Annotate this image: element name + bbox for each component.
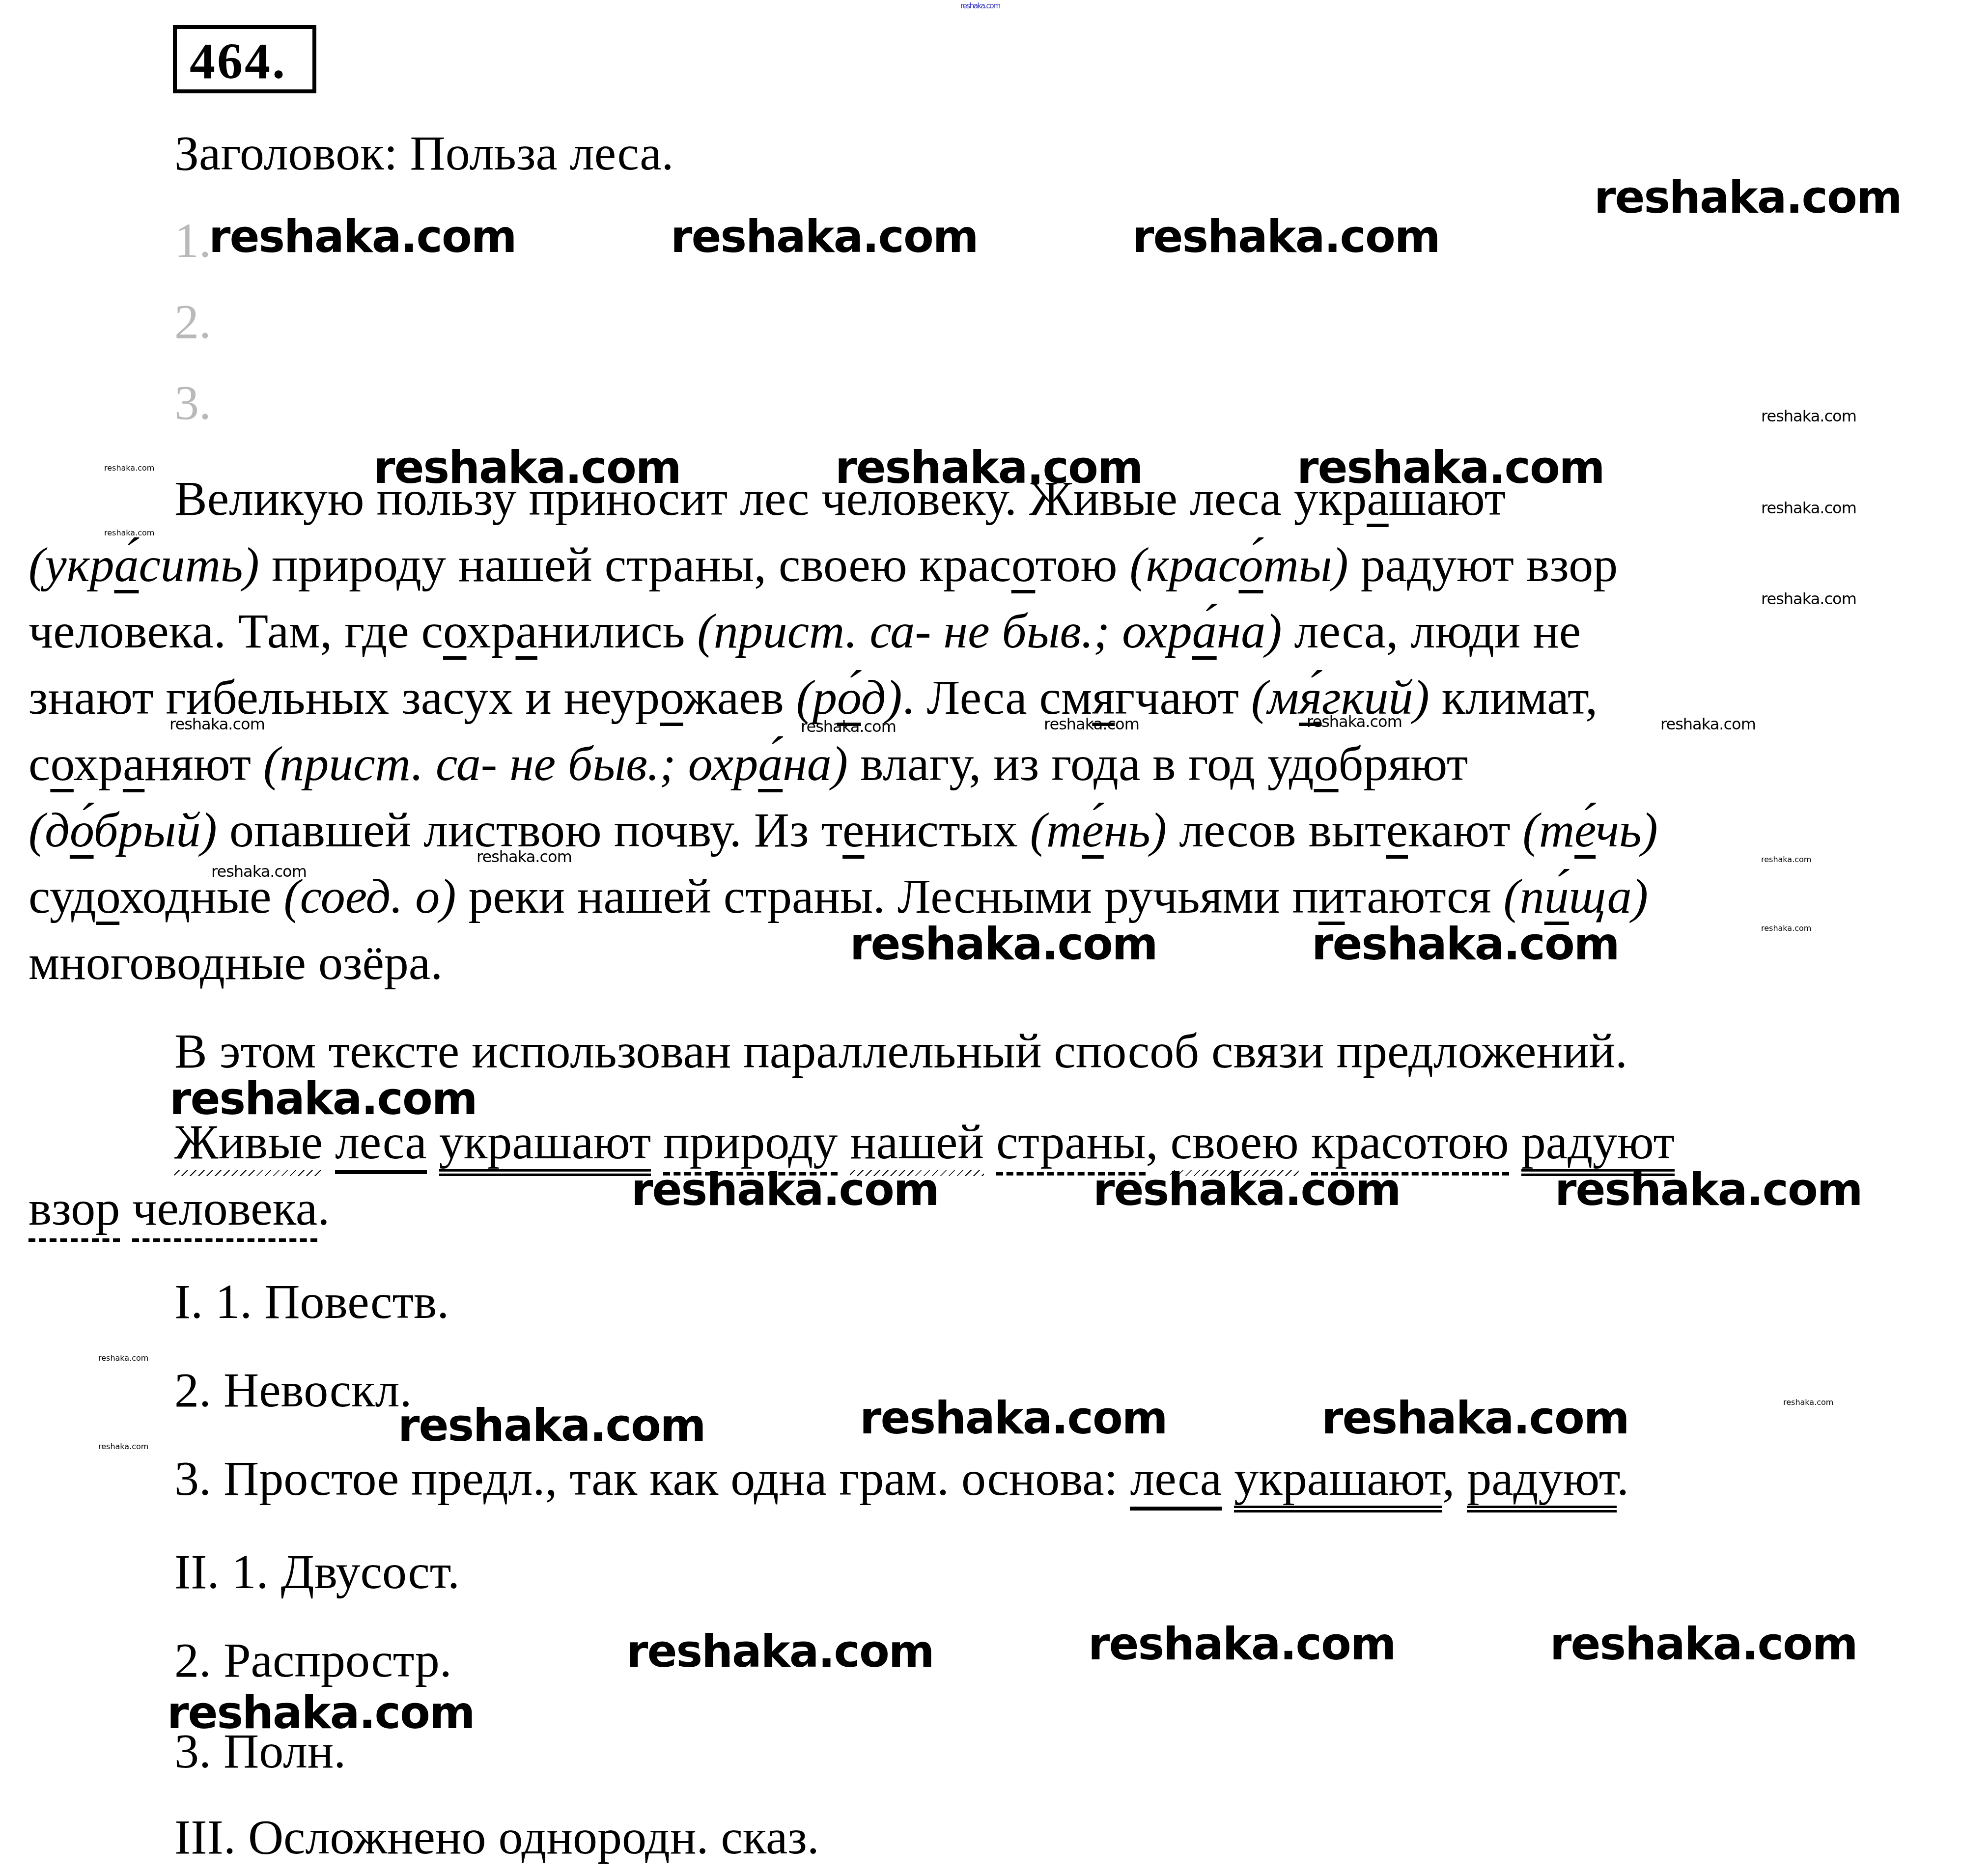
watermark: reshaka.com xyxy=(1088,1619,1396,1670)
text-segment: лесов выт xyxy=(1167,803,1386,857)
paragraph-line: (до́брый) опавшей листвою почву. Из тени… xyxy=(28,806,1658,855)
analysis-item-7: III. Осложнено однородн. сказ. xyxy=(174,1813,819,1862)
parsed-sentence-line-1: Живые леса украшают природу нашей страны… xyxy=(174,1118,1675,1167)
watermark: reshaka.com xyxy=(104,463,154,473)
text-segment: реки нашей страны. Лесными ручьями п xyxy=(456,869,1318,924)
watermark: reshaka.com xyxy=(167,1687,475,1739)
orthogram-letter: е xyxy=(842,803,864,857)
orthogram-letter: о xyxy=(660,670,683,725)
text-segment: влагу, из года в год уд xyxy=(848,736,1314,791)
watermark: reshaka.com xyxy=(1761,407,1856,425)
text-segment: природу нашей страны, своею крас xyxy=(259,537,1011,592)
watermark: reshaka.com xyxy=(104,528,154,537)
exercise-number: 464. xyxy=(190,32,287,90)
plan-number-3: 3. xyxy=(174,378,211,427)
watermark: reshaka.com xyxy=(1660,715,1756,733)
text-segment: . xyxy=(317,1181,330,1235)
verification-note: ты) xyxy=(1263,537,1348,592)
text-segment: климат, xyxy=(1429,670,1598,725)
text-segment: радуют взор xyxy=(1348,537,1618,592)
text-segment: нистых xyxy=(865,803,1030,857)
watermark: reshaka.com xyxy=(169,1073,477,1125)
verification-note: (т xyxy=(1523,803,1575,857)
watermark: reshaka.com xyxy=(1132,211,1440,263)
orthogram-letter: е́ xyxy=(1082,803,1103,857)
analysis-item-4: II. 1. Двусост. xyxy=(174,1547,460,1596)
orthogram-letter: о xyxy=(443,604,467,658)
parsed-sentence-line-2: взор человека. xyxy=(28,1184,330,1233)
analysis-item-3-prefix: 3. Простое предл., так как одна грам. ос… xyxy=(174,1451,1130,1506)
verification-note: (прист. са- не быв.; охр xyxy=(697,604,1192,658)
watermark: reshaka.com xyxy=(476,847,572,866)
watermark: reshaka.com xyxy=(1783,1398,1833,1407)
analysis-item-3: 3. Простое предл., так как одна грам. ос… xyxy=(174,1454,1629,1503)
verification-note: на) xyxy=(783,736,848,791)
orthogram-letter: е́ xyxy=(1574,803,1596,857)
analysis-item-5: 2. Распростр. xyxy=(174,1636,452,1685)
text-segment: таются xyxy=(1345,869,1503,924)
watermark: reshaka.com xyxy=(373,442,681,494)
text-segment: хр xyxy=(467,604,516,658)
orthogram-letter: о xyxy=(50,736,74,791)
watermark: reshaka.com xyxy=(671,211,978,263)
sentence-member-object: человека xyxy=(132,1181,317,1242)
watermark: reshaka.com xyxy=(860,1393,1167,1444)
paragraph-line: многоводные озёра. xyxy=(28,938,443,987)
watermark: reshaka.com xyxy=(1321,1393,1629,1444)
verification-note: (м xyxy=(1251,670,1299,725)
watermark: reshaka.com xyxy=(1594,172,1902,224)
text-segment: кают xyxy=(1408,803,1523,857)
orthogram-letter: о́ xyxy=(70,803,94,857)
text-segment: жаев xyxy=(683,670,796,725)
orthogram-letter: а xyxy=(516,604,537,658)
watermark: reshaka.com xyxy=(1761,589,1856,608)
text-segment: хр xyxy=(74,736,123,791)
verification-note: (п xyxy=(1503,869,1544,924)
analysis-item-1: I. 1. Повеств. xyxy=(174,1277,449,1326)
orthogram-letter: а́ xyxy=(114,537,139,592)
watermark: reshaka.com xyxy=(1555,1164,1862,1216)
watermark: reshaka.com xyxy=(835,442,1143,494)
exercise-number-box: 464. xyxy=(173,25,316,93)
verification-note: сить) xyxy=(139,537,259,592)
orthogram-letter: а́ xyxy=(1192,604,1217,658)
text-segment xyxy=(651,1115,663,1169)
watermark: reshaka.com xyxy=(1044,715,1139,733)
verification-note: (крас xyxy=(1129,537,1238,592)
text-segment: нились xyxy=(537,604,697,658)
orthogram-letter: о xyxy=(1314,736,1339,791)
end-dot: . xyxy=(1617,1451,1629,1506)
text-segment xyxy=(1299,1115,1311,1169)
grammar-predicate-2: радуют xyxy=(1467,1451,1617,1512)
text-segment: леса, люди не xyxy=(1282,604,1581,658)
watermark: reshaka.com xyxy=(1761,499,1856,517)
grammar-subject: леса xyxy=(1130,1451,1222,1511)
separator: , xyxy=(1442,1451,1467,1506)
watermark: reshaka.com xyxy=(1093,1164,1401,1216)
verification-note: (прист. са- не быв.; охр xyxy=(263,736,758,791)
orthogram-letter: а xyxy=(123,736,144,791)
text-segment xyxy=(120,1181,132,1235)
verification-note: (д xyxy=(28,803,70,857)
orthogram-letter: и xyxy=(1318,869,1345,924)
orthogram-letter: а́ xyxy=(758,736,783,791)
text-segment: многоводные озёра. xyxy=(28,935,443,990)
text-segment: суд xyxy=(28,869,96,924)
text-segment: знают гибельных засух и неур xyxy=(28,670,660,725)
analysis-item-2: 2. Невоскл. xyxy=(174,1366,412,1415)
verification-note: (соед. о) xyxy=(283,869,456,924)
orthogram-letter: е xyxy=(1386,803,1408,857)
verification-note: ща) xyxy=(1569,869,1648,924)
verification-note: нь) xyxy=(1104,803,1167,857)
heading: Заголовок: Польза леса. xyxy=(174,129,674,178)
text-segment xyxy=(838,1115,850,1169)
text-segment xyxy=(984,1115,996,1169)
watermark: reshaka.com xyxy=(398,1400,705,1452)
top-watermark: reshaka.com xyxy=(960,1,1000,10)
watermark: reshaka.com xyxy=(209,211,516,263)
verification-note: д) xyxy=(861,670,902,725)
verification-note: (р xyxy=(796,670,837,725)
text-segment: няют xyxy=(144,736,263,791)
text-segment: Великую пользу приносит лес человеку. Жи… xyxy=(174,471,1367,526)
orthogram-letter: и́ xyxy=(1544,869,1569,924)
orthogram-letter: о́ xyxy=(837,670,861,725)
watermark: reshaka.com xyxy=(850,919,1157,970)
connection-note: В этом тексте использован параллельный с… xyxy=(174,1027,1627,1076)
orthogram-letter: о xyxy=(1011,537,1036,592)
verification-note: (т xyxy=(1030,803,1082,857)
paragraph-line: сохраняют (прист. са- не быв.; охра́на) … xyxy=(28,739,1468,788)
verification-note: чь) xyxy=(1596,803,1658,857)
verification-note: (укр xyxy=(28,537,114,592)
orthogram-letter: о́ xyxy=(1238,537,1263,592)
watermark: reshaka.com xyxy=(1312,919,1619,970)
grammar-predicate-1: украшают xyxy=(1234,1451,1442,1512)
text-segment: бряют xyxy=(1339,736,1468,791)
paragraph-line: (укра́сить) природу нашей страны, своею … xyxy=(28,540,1618,589)
verification-note: на) xyxy=(1217,604,1282,658)
watermark: reshaka.com xyxy=(1761,855,1811,864)
verification-note: брый) xyxy=(94,803,217,857)
plan-number-2: 2. xyxy=(174,297,211,346)
watermark: reshaka.com xyxy=(1761,924,1811,933)
plan-number-1: 1. xyxy=(174,216,211,265)
text-segment: человека. Там, где с xyxy=(28,604,443,658)
text-segment xyxy=(1509,1115,1521,1169)
watermark: reshaka.com xyxy=(98,1442,148,1451)
text-segment: тою xyxy=(1035,537,1129,592)
watermark: reshaka.com xyxy=(1297,442,1604,494)
sentence-member-object: взор xyxy=(28,1181,120,1242)
paragraph-line: человека. Там, где сохранились (прист. с… xyxy=(28,607,1581,656)
watermark: reshaka.com xyxy=(1307,712,1402,731)
orthogram-letter: о xyxy=(96,869,120,924)
watermark: reshaka.com xyxy=(169,715,265,733)
watermark: reshaka.com xyxy=(626,1626,934,1678)
watermark: reshaka.com xyxy=(98,1353,148,1363)
watermark: reshaka.com xyxy=(1550,1619,1857,1670)
text-segment: с xyxy=(28,736,50,791)
text-segment: , xyxy=(1146,1115,1170,1169)
watermark: reshaka.com xyxy=(801,717,896,736)
watermark: reshaka.com xyxy=(631,1164,939,1216)
watermark: reshaka.com xyxy=(211,862,307,881)
